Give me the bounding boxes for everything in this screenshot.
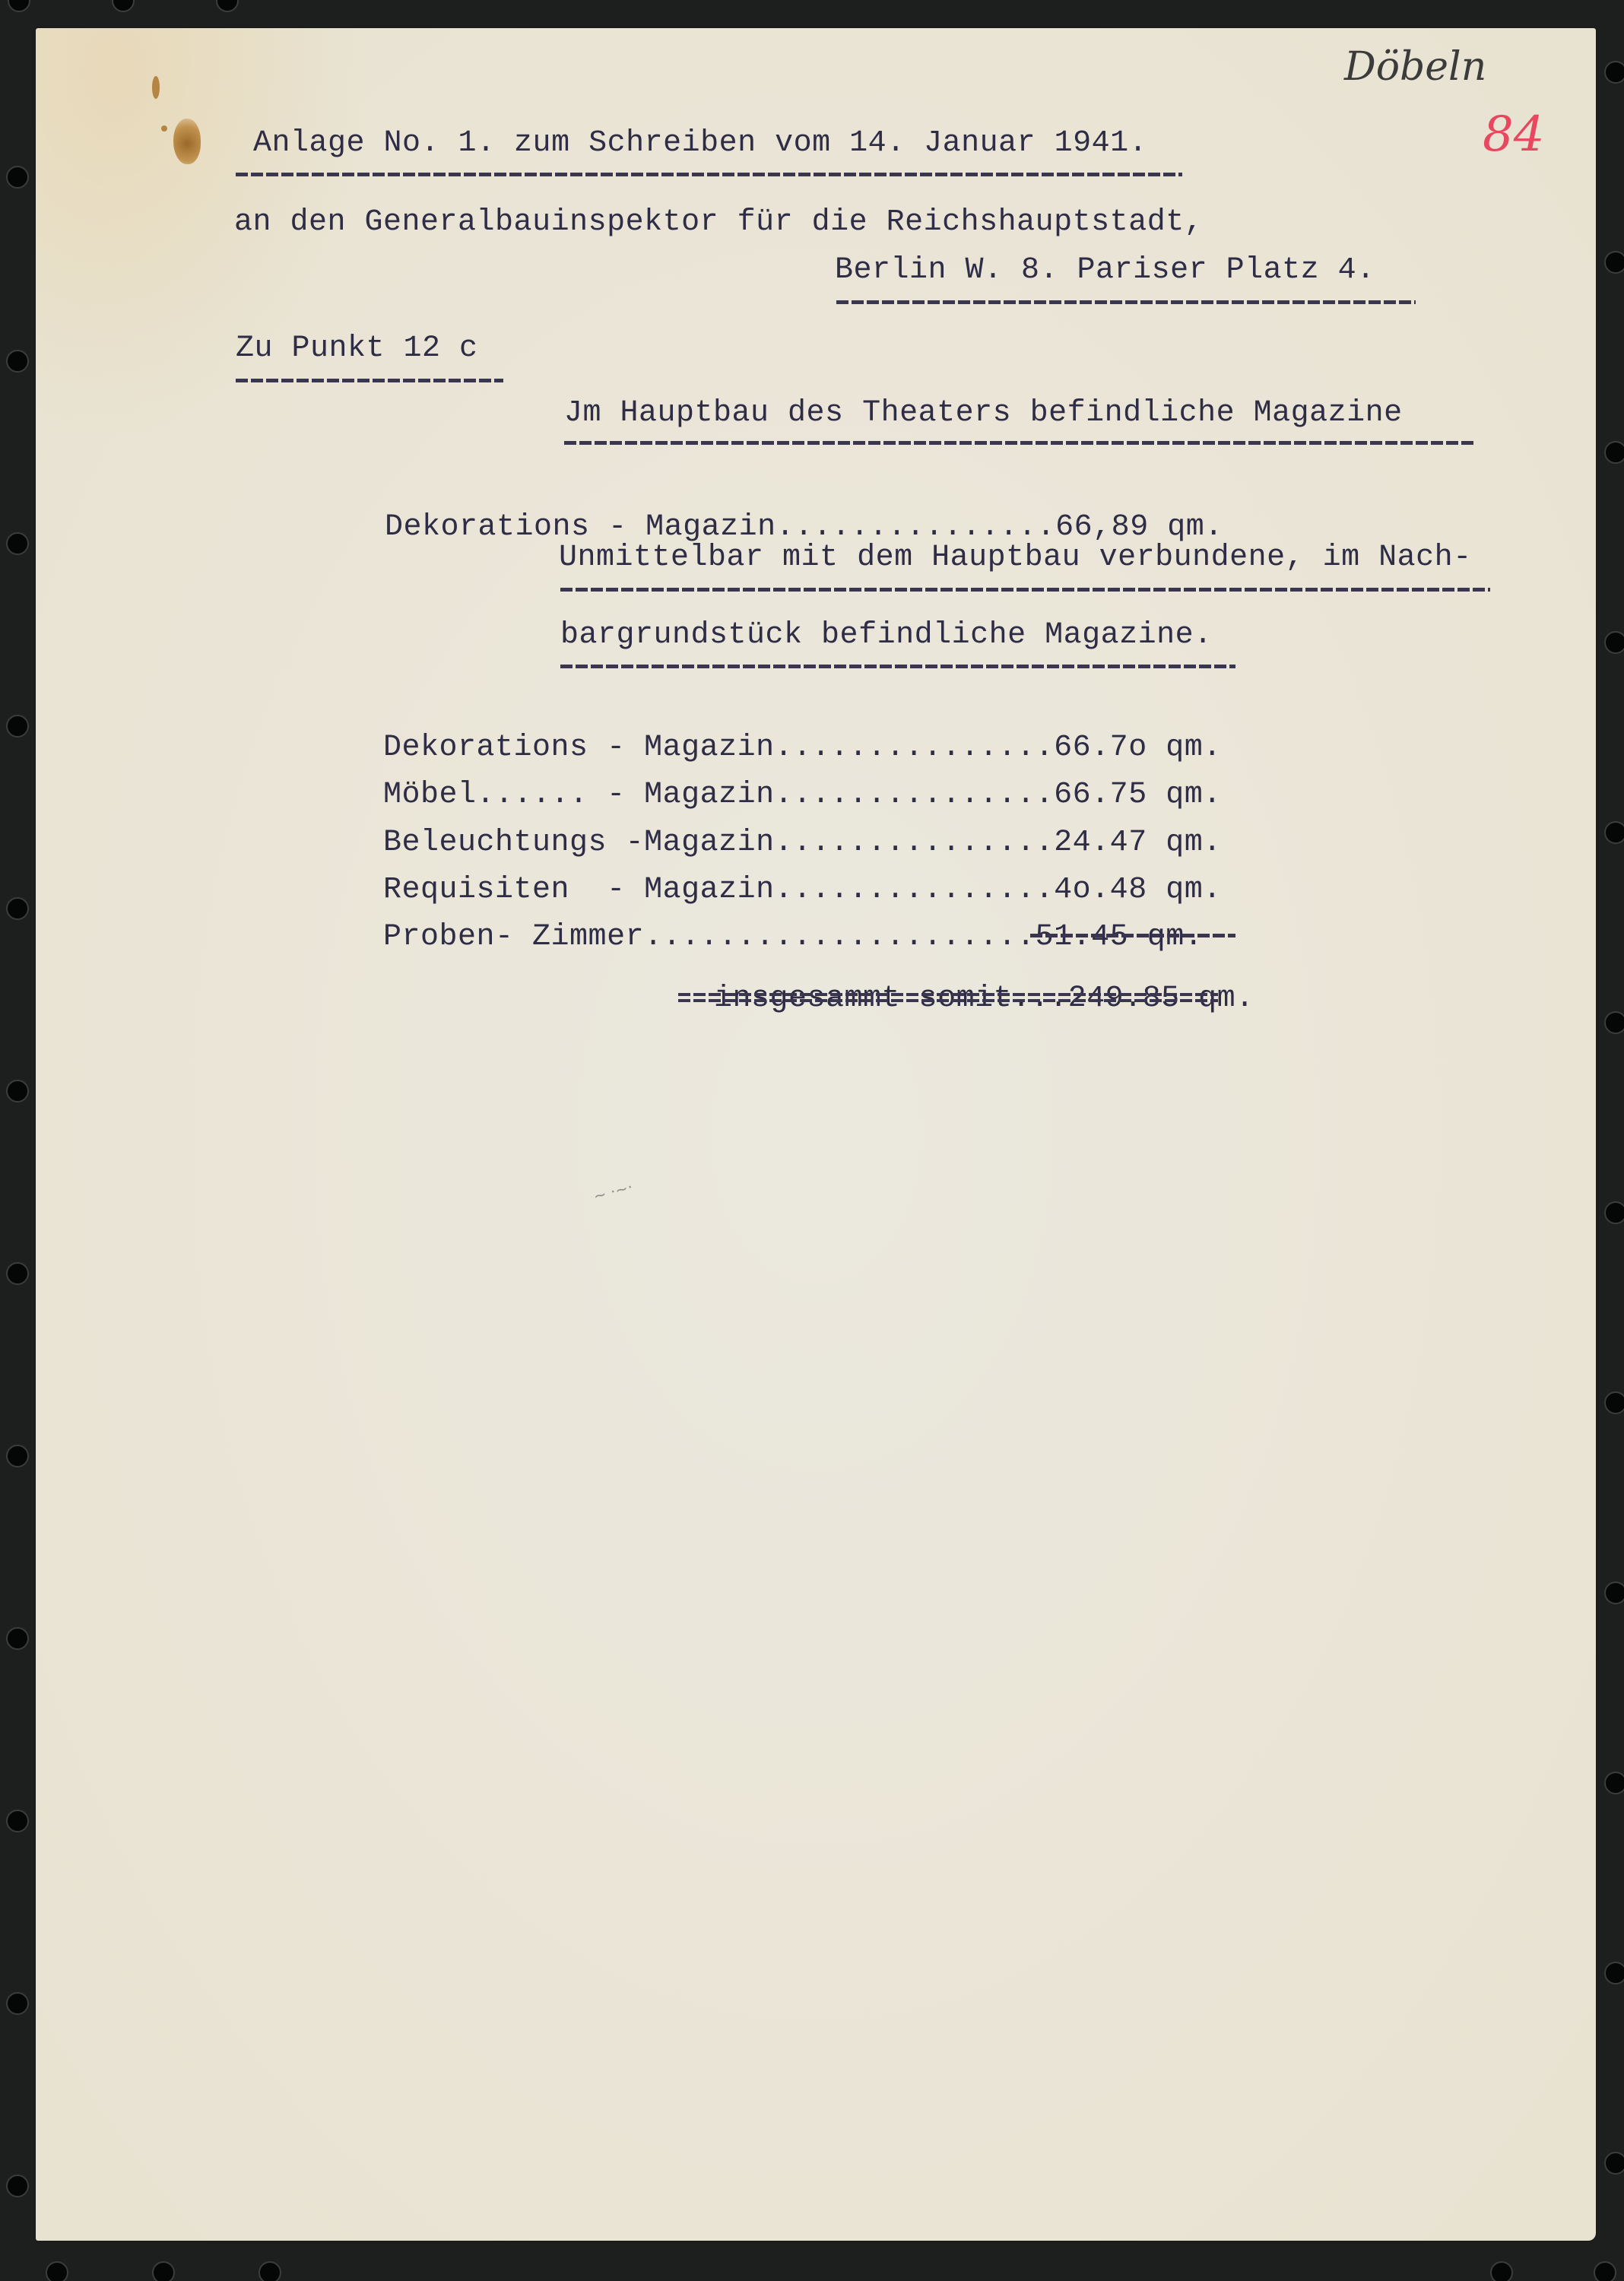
mount-hole	[1604, 1201, 1624, 1224]
item-name: Dekorations - Magazin	[385, 510, 776, 544]
total-row: insgesammt somit...249.85 qm.	[677, 947, 1254, 1016]
header-annex-line: Anlage No. 1. zum Schreiben vom 14. Janu…	[253, 126, 1147, 160]
mount-hole	[6, 715, 29, 738]
mount-hole	[216, 0, 239, 12]
mount-hole	[112, 0, 135, 12]
item-unit: qm.	[1167, 510, 1223, 544]
rust-stain	[161, 125, 167, 132]
mount-hole	[152, 2261, 175, 2281]
underline	[236, 173, 1182, 176]
mount-hole	[1604, 61, 1624, 84]
rust-stain	[152, 76, 160, 99]
handwritten-place-name: Döbeln	[1344, 44, 1486, 90]
adjacent-item-row: Proben- Zimmer.....................51.45…	[346, 886, 1203, 954]
rust-stain	[173, 119, 201, 164]
mount-hole	[6, 1627, 29, 1650]
main-item-row: Dekorations - Magazin...............66,8…	[347, 476, 1223, 544]
heading-main-building: Jm Hauptbau des Theaters befindliche Mag…	[564, 396, 1403, 430]
mount-hole	[6, 532, 29, 555]
mount-hole	[46, 2261, 68, 2281]
mount-hole	[6, 1445, 29, 1467]
mount-hole	[1604, 631, 1624, 654]
underline	[564, 441, 1473, 445]
underline	[236, 379, 503, 382]
mount-hole	[6, 166, 29, 189]
mount-hole	[259, 2261, 281, 2281]
header-recipient-line: an den Generalbauinspektor für die Reich…	[234, 205, 1203, 240]
heading-adjacent-line1: Unmittelbar mit dem Hauptbau verbundene,…	[559, 541, 1472, 575]
mount-hole	[6, 897, 29, 920]
item-name: Proben- Zimmer	[383, 920, 644, 954]
mount-hole	[6, 1262, 29, 1285]
mount-hole	[1604, 1962, 1624, 1984]
mount-hole	[1604, 1581, 1624, 1604]
item-leader: ...............	[776, 510, 1056, 544]
mount-hole	[6, 350, 29, 373]
handwritten-page-number: 84	[1483, 106, 1544, 163]
mount-hole	[8, 0, 30, 12]
underline	[560, 665, 1235, 668]
mount-hole	[1604, 1011, 1624, 1034]
item-value: 66,89	[1055, 510, 1149, 544]
mount-hole	[1594, 2261, 1616, 2281]
mount-hole	[6, 1992, 29, 2015]
mount-hole	[1604, 1772, 1624, 1794]
mount-hole	[1604, 1391, 1624, 1414]
mount-hole	[6, 1810, 29, 1832]
sum-rule	[1030, 934, 1235, 937]
mount-hole	[1604, 251, 1624, 274]
mount-hole	[1604, 2152, 1624, 2175]
mount-hole	[6, 1080, 29, 1102]
underline	[560, 588, 1490, 592]
heading-adjacent-line2: bargrundstück befindliche Magazine.	[560, 618, 1213, 652]
section-label: Zu Punkt 12 c	[236, 332, 478, 366]
header-address-line: Berlin W. 8. Pariser Platz 4.	[835, 253, 1375, 287]
mount-hole	[1490, 2261, 1513, 2281]
mount-hole	[6, 2175, 29, 2197]
mount-hole	[1604, 821, 1624, 844]
double-underline	[678, 993, 1218, 1002]
underline	[836, 300, 1416, 304]
mount-hole	[1604, 441, 1624, 464]
